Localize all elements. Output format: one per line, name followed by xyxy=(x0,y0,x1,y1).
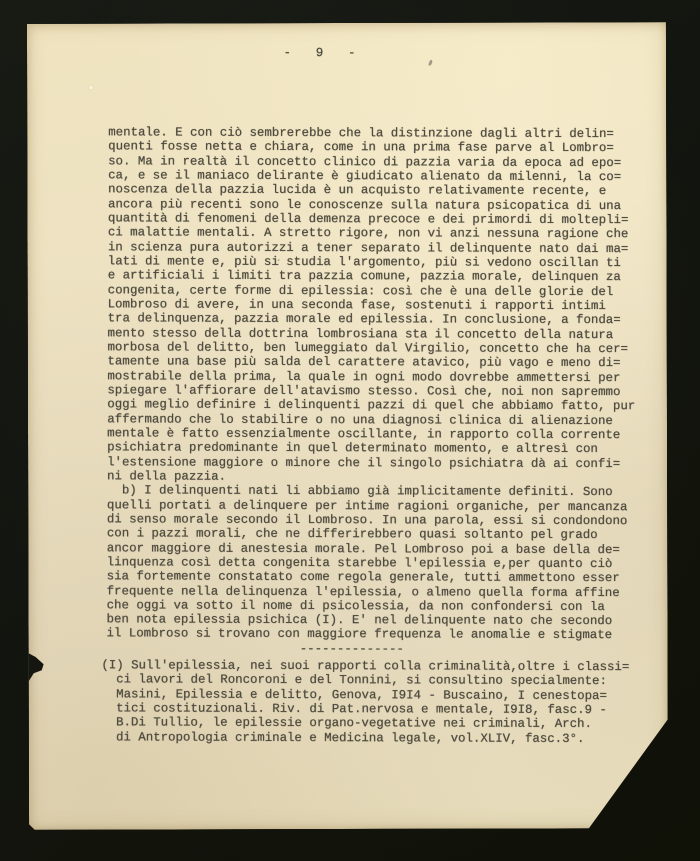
document-page: - 9 - mentale. E con ciò sembrerebbe che… xyxy=(27,22,668,830)
paper-flaw-speck xyxy=(89,86,93,90)
typewritten-text-layer: - 9 - mentale. E con ciò sembrerebbe che… xyxy=(25,22,667,830)
footnote-text: (I) Sull'epilessia, nei suoi rapporti co… xyxy=(101,658,629,746)
photo-background: - 9 - mentale. E con ciò sembrerebbe che… xyxy=(0,0,700,861)
paper-dust-speck xyxy=(278,259,280,261)
page-number: - 9 - xyxy=(283,46,356,61)
body-text: mentale. E con ciò sembrerebbe che la di… xyxy=(106,125,636,657)
